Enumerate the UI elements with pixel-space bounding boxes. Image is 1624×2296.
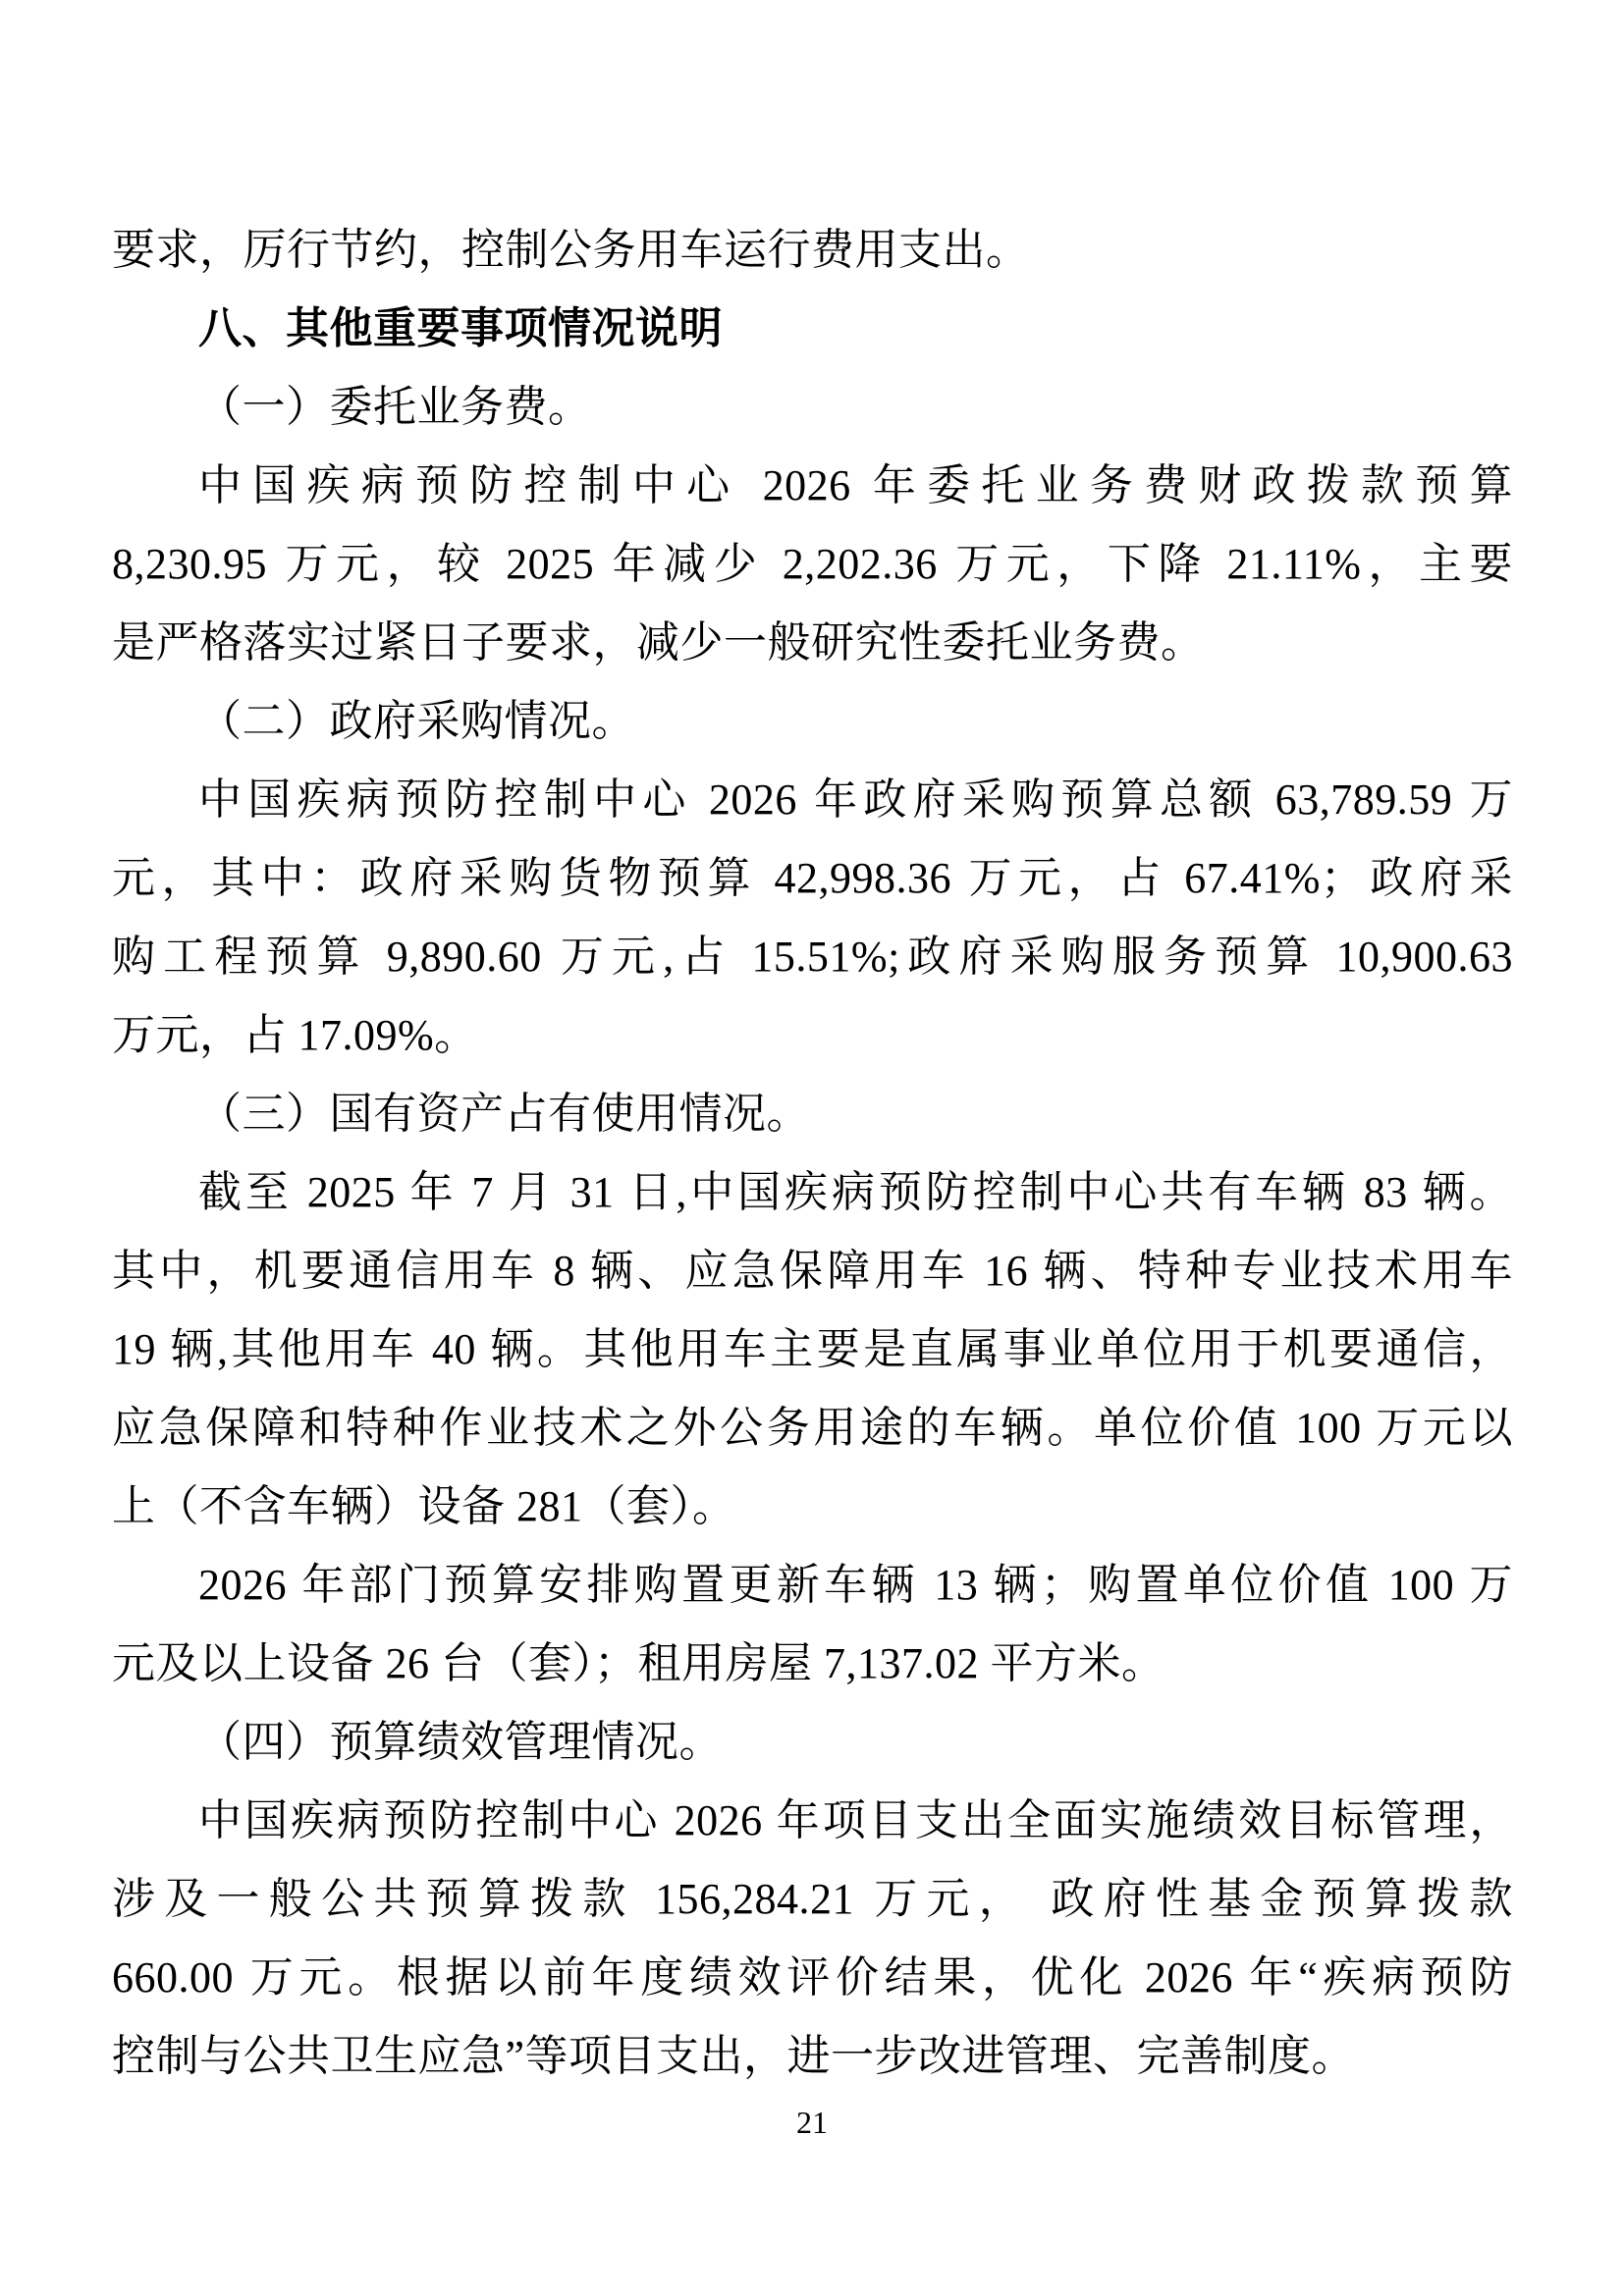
text-line: 660.00 万元。根据以前年度绩效评价结果，优化 2026 年“疾病预防 [112, 1939, 1513, 2017]
text-line: 元，其中：政府采购货物预算 42,998.36 万元，占 67.41%；政府采 [112, 839, 1513, 918]
section-heading-level2: （三）国有资产占有使用情况。 [112, 1075, 1513, 1153]
text-line: 中国疾病预防控制中心 2026 年政府采购预算总额 63,789.59 万 [112, 761, 1513, 839]
text-line: 中国疾病预防控制中心 2026 年项目支出全面实施绩效目标管理， [112, 1782, 1513, 1860]
page-footer: 21 [0, 2103, 1624, 2142]
text-line: 其中，机要通信用车 8 辆、应急保障用车 16 辆、特种专业技术用车 [112, 1232, 1513, 1310]
text-line: 截至 2025 年 7 月 31 日,中国疾病预防控制中心共有车辆 83 辆。 [112, 1153, 1513, 1232]
text-line: 元及以上设备 26 台（套）；租用房屋 7,137.02 平方米。 [112, 1625, 1513, 1703]
text-line: 上（不含车辆）设备 281（套）。 [112, 1468, 1513, 1546]
page-number: 21 [796, 2105, 828, 2140]
text-line: 19 辆,其他用车 40 辆。其他用车主要是直属事业单位用于机要通信， [112, 1310, 1513, 1389]
text-line: 是严格落实过紧日子要求，减少一般研究性委托业务费。 [112, 604, 1513, 682]
text-line: 涉及一般公共预算拨款 156,284.21 万元， 政府性基金预算拨款 [112, 1860, 1513, 1939]
section-heading-level2: （二）政府采购情况。 [112, 682, 1513, 761]
text-line: 应急保障和特种作业技术之外公务用途的车辆。单位价值 100 万元以 [112, 1389, 1513, 1468]
section-heading-level2: （四）预算绩效管理情况。 [112, 1703, 1513, 1782]
text-line: 万元，占 17.09%。 [112, 996, 1513, 1075]
text-line: 8,230.95 万元，较 2025 年减少 2,202.36 万元，下降 21… [112, 525, 1513, 604]
document-page: 要求，厉行节约，控制公务用车运行费用支出。八、其他重要事项情况说明（一）委托业务… [0, 0, 1624, 2296]
text-line: 中国疾病预防控制中心 2026 年委托业务费财政拨款预算 [112, 447, 1513, 525]
text-line: 控制与公共卫生应急”等项目支出，进一步改进管理、完善制度。 [112, 2017, 1513, 2096]
text-line: 2026 年部门预算安排购置更新车辆 13 辆；购置单位价值 100 万 [112, 1546, 1513, 1625]
text-line: 要求，厉行节约，控制公务用车运行费用支出。 [112, 211, 1513, 290]
section-heading-level2: （一）委托业务费。 [112, 368, 1513, 447]
text-line: 购工程预算 9,890.60 万元,占 15.51%;政府采购服务预算 10,9… [112, 918, 1513, 996]
document-body: 要求，厉行节约，控制公务用车运行费用支出。八、其他重要事项情况说明（一）委托业务… [112, 211, 1513, 2096]
section-heading-level1: 八、其他重要事项情况说明 [112, 290, 1513, 368]
